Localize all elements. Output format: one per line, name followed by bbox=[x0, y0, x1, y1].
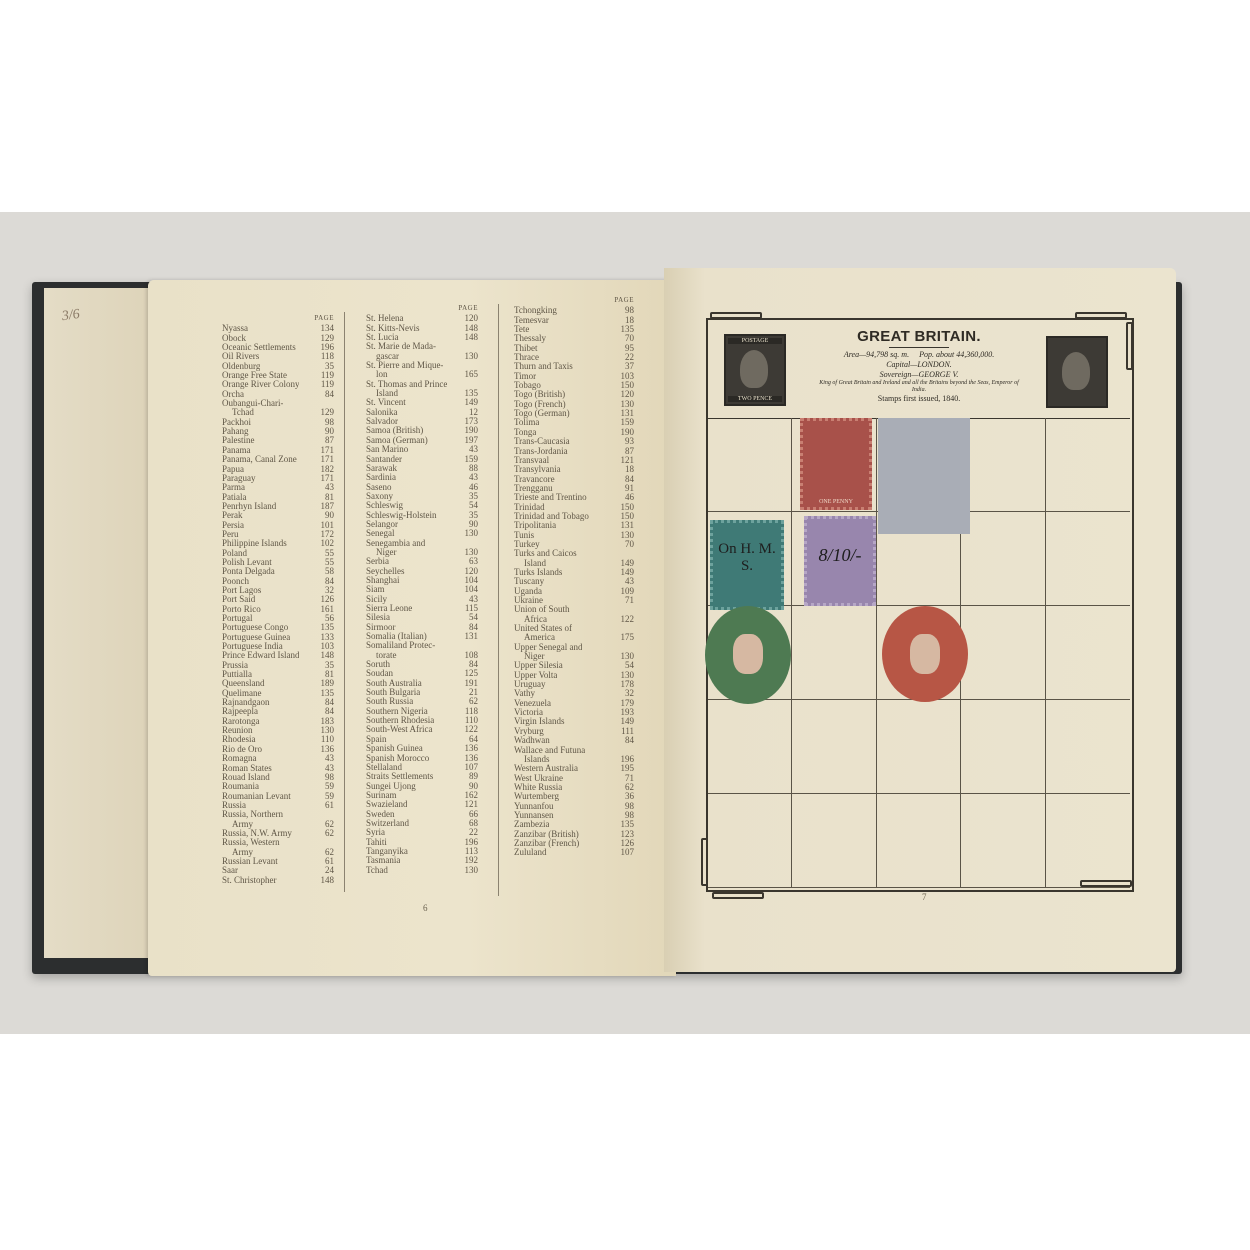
entry-country: Russia bbox=[222, 801, 246, 810]
entry-country: Saxony bbox=[366, 492, 393, 501]
index-entry: Zanzibar (British)123 bbox=[514, 830, 634, 839]
index-entry: Tripolitania131 bbox=[514, 521, 634, 530]
entry-country: Patiala bbox=[222, 493, 247, 502]
endpaper: 3/6 bbox=[44, 288, 164, 958]
entry-country: Zanzibar (British) bbox=[514, 830, 579, 839]
entry-country: Polish Levant bbox=[222, 558, 272, 567]
entry-country: Queensland bbox=[222, 679, 265, 688]
entry-country: Shanghai bbox=[366, 576, 400, 585]
ornament bbox=[710, 312, 762, 319]
index-entry: Upper Volta130 bbox=[514, 671, 634, 680]
stamp-slot bbox=[792, 700, 876, 794]
entry-country: Rio de Oro bbox=[222, 745, 262, 754]
index-entry: Portuguese India103 bbox=[222, 642, 334, 651]
index-entry: Nyassa134 bbox=[222, 324, 334, 333]
index-entry: Tchad129 bbox=[222, 408, 334, 417]
index-entry: Army62 bbox=[222, 820, 334, 829]
entry-country: Orange River Colony bbox=[222, 380, 299, 389]
index-entry: Orange Free State119 bbox=[222, 371, 334, 380]
entry-country: Southern Rhodesia bbox=[366, 716, 434, 725]
entry-country: Packhoi bbox=[222, 418, 251, 427]
entry-country: South-West Africa bbox=[366, 725, 433, 734]
entry-country: Reunion bbox=[222, 726, 253, 735]
entry-country: Orcha bbox=[222, 390, 244, 399]
header-stamp-two-pence: POSTAGE TWO PENCE bbox=[724, 334, 786, 406]
stamp-ohms-overprint: On H. M. S. bbox=[710, 520, 784, 610]
index-entry: Thurn and Taxis37 bbox=[514, 362, 634, 371]
entry-country: gascar bbox=[366, 352, 399, 361]
entry-page: 61 bbox=[318, 801, 334, 810]
index-entry: Straits Settlements89 bbox=[366, 772, 478, 781]
index-entry: St. Lucia148 bbox=[366, 333, 478, 342]
index-entry: Trans-Jordania87 bbox=[514, 447, 634, 456]
entry-country: Tripolitania bbox=[514, 521, 556, 530]
index-entry: St. Marie de Mada- bbox=[366, 342, 478, 351]
index-entry: Ukraine71 bbox=[514, 596, 634, 605]
index-entry: Zululand107 bbox=[514, 848, 634, 857]
entry-country: Persia bbox=[222, 521, 244, 530]
index-entry: Philippine Islands102 bbox=[222, 539, 334, 548]
entry-page: 70 bbox=[618, 540, 634, 549]
entry-country: Trengganu bbox=[514, 484, 553, 493]
entry-country: Stellaland bbox=[366, 763, 402, 772]
entry-country: Union of South bbox=[514, 605, 570, 614]
index-entry: Thessaly70 bbox=[514, 334, 634, 343]
index-entry: Western Australia195 bbox=[514, 764, 634, 773]
index-entry: Port Lagos32 bbox=[222, 586, 334, 595]
entry-country: Oil Rivers bbox=[222, 352, 259, 361]
entry-country: Schleswig bbox=[366, 501, 403, 510]
index-entry: Shanghai104 bbox=[366, 576, 478, 585]
index-entry: San Marino43 bbox=[366, 445, 478, 454]
entry-country: Roumanian Levant bbox=[222, 792, 291, 801]
entry-country: Transylvania bbox=[514, 465, 561, 474]
entry-country: Rarotonga bbox=[222, 717, 260, 726]
entry-country: Rajpeepla bbox=[222, 707, 258, 716]
stamp-slot bbox=[877, 794, 961, 888]
entry-country: White Russia bbox=[514, 783, 562, 792]
index-entry: Thrace22 bbox=[514, 353, 634, 362]
index-entry: United States of bbox=[514, 624, 634, 633]
index-entry: Venezuela179 bbox=[514, 699, 634, 708]
index-entry: Poonch84 bbox=[222, 577, 334, 586]
entry-country: Army bbox=[222, 848, 253, 857]
index-entry: Roumanian Levant59 bbox=[222, 792, 334, 801]
entry-country: Russia, Western bbox=[222, 838, 280, 847]
index-entry: Obock129 bbox=[222, 334, 334, 343]
entry-country: Temesvar bbox=[514, 316, 549, 325]
index-entry: White Russia62 bbox=[514, 783, 634, 792]
entry-country: Rajnandgaon bbox=[222, 698, 270, 707]
entry-country: Sardinia bbox=[366, 473, 396, 482]
index-entry: Southern Rhodesia110 bbox=[366, 716, 478, 725]
entry-country: Russian Levant bbox=[222, 857, 278, 866]
index-entry: Rajpeepla84 bbox=[222, 707, 334, 716]
stamp-slot bbox=[1046, 418, 1130, 512]
index-entry: Zambezia135 bbox=[514, 820, 634, 829]
entry-country: St. Marie de Mada- bbox=[366, 342, 436, 351]
entry-country: Port Said bbox=[222, 595, 255, 604]
entry-country: Niger bbox=[366, 548, 397, 557]
entry-country: Seychelles bbox=[366, 567, 405, 576]
index-entry: Trieste and Trentino46 bbox=[514, 493, 634, 502]
index-entry: Quelimane135 bbox=[222, 689, 334, 698]
index-entry: Orange River Colony119 bbox=[222, 380, 334, 389]
capital-text: Capital—LONDON. bbox=[886, 360, 952, 369]
entry-country: Silesia bbox=[366, 613, 390, 622]
index-entry: Togo (British)120 bbox=[514, 390, 634, 399]
index-entry: Portuguese Congo135 bbox=[222, 623, 334, 632]
king-portrait-icon bbox=[733, 634, 763, 674]
index-entry: Sierra Leone115 bbox=[366, 604, 478, 613]
stamp-slot bbox=[877, 700, 961, 794]
index-entry: Selangor90 bbox=[366, 520, 478, 529]
entry-country: Penrhyn Island bbox=[222, 502, 276, 511]
entry-country: Venezuela bbox=[514, 699, 551, 708]
entry-country: Portugal bbox=[222, 614, 253, 623]
stamp-slot bbox=[961, 794, 1045, 888]
entry-country: Perak bbox=[222, 511, 243, 520]
index-entry: Trans-Caucasia93 bbox=[514, 437, 634, 446]
index-entry: Senegambia and bbox=[366, 539, 478, 548]
entry-country: Somaliland Protec- bbox=[366, 641, 435, 650]
entry-country: Sirmoor bbox=[366, 623, 396, 632]
entry-country: Ukraine bbox=[514, 596, 543, 605]
entry-country: Tchongking bbox=[514, 306, 557, 315]
entry-country: Vryburg bbox=[514, 727, 544, 736]
index-entry: Poland55 bbox=[222, 549, 334, 558]
index-entry: Sarawak88 bbox=[366, 464, 478, 473]
entry-country: Zanzibar (French) bbox=[514, 839, 579, 848]
entry-country: Romagna bbox=[222, 754, 257, 763]
column-divider bbox=[498, 304, 499, 896]
index-entry: West Ukraine71 bbox=[514, 774, 634, 783]
index-entry: Yunnanfou98 bbox=[514, 802, 634, 811]
index-entry: Army62 bbox=[222, 848, 334, 857]
index-entry: Zanzibar (French)126 bbox=[514, 839, 634, 848]
entry-country: Tobago bbox=[514, 381, 541, 390]
stamp-penny-red: ONE PENNY bbox=[800, 418, 872, 510]
entry-country: Trinidad and Tobago bbox=[514, 512, 589, 521]
index-entry: Islands196 bbox=[514, 755, 634, 764]
stamp-lilac-penny: 8/10/- bbox=[804, 516, 876, 606]
index-entry: Tchad130 bbox=[366, 866, 478, 875]
entry-country: Togo (British) bbox=[514, 390, 565, 399]
index-entry: Russia, Western bbox=[222, 838, 334, 847]
index-entry: Panama, Canal Zone171 bbox=[222, 455, 334, 464]
entry-country: United States of bbox=[514, 624, 572, 633]
column-header: PAGE bbox=[366, 304, 478, 313]
entry-country: Samoa (German) bbox=[366, 436, 428, 445]
entry-country: Uganda bbox=[514, 587, 542, 596]
entry-country: Serbia bbox=[366, 557, 389, 566]
index-entry: Trinidad150 bbox=[514, 503, 634, 512]
title-note: King of Great Britain and Ireland and al… bbox=[819, 380, 1019, 394]
index-entry: Tuscany43 bbox=[514, 577, 634, 586]
index-entry: Surinam162 bbox=[366, 791, 478, 800]
entry-country: Syria bbox=[366, 828, 385, 837]
index-entry: Roman States43 bbox=[222, 764, 334, 773]
index-entry: St. Helena120 bbox=[366, 314, 478, 323]
entry-country: Togo (French) bbox=[514, 400, 566, 409]
index-entry: Spanish Morocco136 bbox=[366, 754, 478, 763]
index-entry: Tolima159 bbox=[514, 418, 634, 427]
index-entry: Perak90 bbox=[222, 511, 334, 520]
entry-country: Transvaal bbox=[514, 456, 549, 465]
entry-page: 62 bbox=[318, 829, 334, 838]
entry-country: Straits Settlements bbox=[366, 772, 433, 781]
index-entry: Syria22 bbox=[366, 828, 478, 837]
index-entry: Virgin Islands149 bbox=[514, 717, 634, 726]
sovereign-text: Sovereign—GEORGE V. bbox=[880, 370, 959, 379]
stamp-slot bbox=[792, 606, 876, 700]
index-entry: St. Pierre and Mique- bbox=[366, 361, 478, 370]
index-entry: Senegal130 bbox=[366, 529, 478, 538]
entry-page: 130 bbox=[462, 866, 478, 875]
entry-country: Saseno bbox=[366, 483, 392, 492]
entry-page: 130 bbox=[462, 529, 478, 538]
index-entry: Prince Edward Island148 bbox=[222, 651, 334, 660]
entry-country: Senegambia and bbox=[366, 539, 425, 548]
price-note: 3/6 bbox=[61, 307, 81, 325]
index-entry: Samoa (British)190 bbox=[366, 426, 478, 435]
index-entry: Soruth84 bbox=[366, 660, 478, 669]
index-entry: Sardinia43 bbox=[366, 473, 478, 482]
ornament bbox=[712, 892, 764, 899]
entry-country: Yunnanfou bbox=[514, 802, 554, 811]
index-entry: Vryburg111 bbox=[514, 727, 634, 736]
entry-country: Poonch bbox=[222, 577, 249, 586]
index-entry: Swazieland121 bbox=[366, 800, 478, 809]
entry-country: Tchad bbox=[222, 408, 254, 417]
index-entry: torate108 bbox=[366, 651, 478, 660]
stamp-slot bbox=[1046, 700, 1130, 794]
entry-country: Prussia bbox=[222, 661, 248, 670]
entry-country: Upper Senegal and bbox=[514, 643, 582, 652]
entry-country: Roman States bbox=[222, 764, 272, 773]
index-entry: Saxony35 bbox=[366, 492, 478, 501]
stamp-slot bbox=[708, 418, 792, 512]
index-entry: Russia, Northern bbox=[222, 810, 334, 819]
index-entry: Tchongking98 bbox=[514, 306, 634, 315]
entry-country: Philippine Islands bbox=[222, 539, 287, 548]
entry-country: Tasmania bbox=[366, 856, 400, 865]
entry-country: Portuguese Guinea bbox=[222, 633, 290, 642]
stamp-slot bbox=[708, 794, 792, 888]
entry-country: Uruguay bbox=[514, 680, 546, 689]
entry-country: South Russia bbox=[366, 697, 413, 706]
entry-page: 84 bbox=[618, 736, 634, 745]
entry-country: Thibet bbox=[514, 344, 538, 353]
entry-country: Siam bbox=[366, 585, 385, 594]
index-entry: Thibet95 bbox=[514, 344, 634, 353]
stamp-halfpenny-cutout bbox=[705, 606, 791, 704]
entry-page: 148 bbox=[462, 333, 478, 342]
entry-country: St. Lucia bbox=[366, 333, 399, 342]
index-entry: Patiala81 bbox=[222, 493, 334, 502]
queen-portrait-icon bbox=[1062, 352, 1090, 390]
entry-country: St. Christopher bbox=[222, 876, 277, 885]
index-entry: Papua182 bbox=[222, 465, 334, 474]
entry-country: St. Vincent bbox=[366, 398, 406, 407]
index-entry: Prussia35 bbox=[222, 661, 334, 670]
entry-country: Wurtemberg bbox=[514, 792, 559, 801]
entry-country: Soruth bbox=[366, 660, 390, 669]
entry-country: Trinidad bbox=[514, 503, 545, 512]
index-entry: Upper Senegal and bbox=[514, 643, 634, 652]
entry-country: Parma bbox=[222, 483, 245, 492]
index-entry: Polish Levant55 bbox=[222, 558, 334, 567]
entry-country: Poland bbox=[222, 549, 247, 558]
entry-page: 165 bbox=[462, 370, 478, 379]
entry-country: Virgin Islands bbox=[514, 717, 565, 726]
index-entry: Sirmoor84 bbox=[366, 623, 478, 632]
index-column-3: PAGE Tchongking98Temesvar18Tete135Thessa… bbox=[514, 296, 634, 858]
entry-country: Thurn and Taxis bbox=[514, 362, 573, 371]
entry-country: Russia, N.W. Army bbox=[222, 829, 292, 838]
index-entry: Serbia63 bbox=[366, 557, 478, 566]
index-entry: Paraguay171 bbox=[222, 474, 334, 483]
index-entry: Somaliland Protec- bbox=[366, 641, 478, 650]
index-entry: Tasmania192 bbox=[366, 856, 478, 865]
index-entry: Trengganu91 bbox=[514, 484, 634, 493]
stamp-embossed-grey bbox=[878, 418, 970, 534]
index-entry: Turkey70 bbox=[514, 540, 634, 549]
index-entry: Victoria193 bbox=[514, 708, 634, 717]
index-entry: St. Christopher148 bbox=[222, 876, 334, 885]
index-entry: Timor103 bbox=[514, 372, 634, 381]
index-column-1: PAGE Nyassa134Obock129Oceanic Settlement… bbox=[222, 314, 334, 885]
king-portrait-icon bbox=[910, 634, 940, 674]
entry-country: Sungei Ujong bbox=[366, 782, 416, 791]
entry-country: Tunis bbox=[514, 531, 534, 540]
index-entry: Portuguese Guinea133 bbox=[222, 633, 334, 642]
page-number-right: 7 bbox=[922, 892, 927, 902]
entry-page: 107 bbox=[618, 848, 634, 857]
entry-country: Panama bbox=[222, 446, 251, 455]
entry-country: Upper Volta bbox=[514, 671, 557, 680]
stamp-slot bbox=[961, 418, 1045, 512]
entry-country: Sicily bbox=[366, 595, 387, 604]
column-header: PAGE bbox=[514, 296, 634, 305]
index-entry: Salonika12 bbox=[366, 408, 478, 417]
index-entry: Peru172 bbox=[222, 530, 334, 539]
index-entry: Orcha84 bbox=[222, 390, 334, 399]
entry-country: Tonga bbox=[514, 428, 536, 437]
index-entry: Salvador173 bbox=[366, 417, 478, 426]
entry-country: Wallace and Futuna bbox=[514, 746, 585, 755]
index-entry: Porto Rico161 bbox=[222, 605, 334, 614]
entry-country: Upper Silesia bbox=[514, 661, 563, 670]
entry-country: Timor bbox=[514, 372, 536, 381]
stamp-slot bbox=[1046, 794, 1130, 888]
entry-country: Island bbox=[514, 559, 546, 568]
entry-country: Turks Islands bbox=[514, 568, 562, 577]
index-entry: Togo (German)131 bbox=[514, 409, 634, 418]
queen-portrait-icon bbox=[740, 350, 768, 388]
index-entry: Temesvar18 bbox=[514, 316, 634, 325]
index-entry: Wadhwan84 bbox=[514, 736, 634, 745]
entry-page: 148 bbox=[318, 876, 334, 885]
entry-country: Sierra Leone bbox=[366, 604, 412, 613]
entry-country: Nyassa bbox=[222, 324, 248, 333]
entry-country: Schleswig-Holstein bbox=[366, 511, 437, 520]
index-entry: South Bulgaria21 bbox=[366, 688, 478, 697]
index-entry: Rarotonga183 bbox=[222, 717, 334, 726]
index-entry: Oubangui-Chari- bbox=[222, 399, 334, 408]
index-entry: Saseno46 bbox=[366, 483, 478, 492]
index-entry: Siam104 bbox=[366, 585, 478, 594]
entry-country: Somalia (Italian) bbox=[366, 632, 427, 641]
entry-country: Niger bbox=[514, 652, 545, 661]
index-entry: Sicily43 bbox=[366, 595, 478, 604]
entry-country: Southern Nigeria bbox=[366, 707, 428, 716]
entry-country: Tuscany bbox=[514, 577, 544, 586]
entry-page: 175 bbox=[618, 633, 634, 642]
index-entry: Reunion130 bbox=[222, 726, 334, 735]
entry-page: 71 bbox=[618, 596, 634, 605]
entry-country: South Australia bbox=[366, 679, 422, 688]
index-entry: Silesia54 bbox=[366, 613, 478, 622]
index-entry: Tonga190 bbox=[514, 428, 634, 437]
stamp-slot bbox=[1046, 606, 1130, 700]
entry-country: Panama, Canal Zone bbox=[222, 455, 297, 464]
index-entry: Uruguay178 bbox=[514, 680, 634, 689]
population-text: Pop. about 44,360,000. bbox=[919, 350, 994, 359]
index-entry: Wurtemberg36 bbox=[514, 792, 634, 801]
index-entry: South-West Africa122 bbox=[366, 725, 478, 734]
entry-country: Prince Edward Island bbox=[222, 651, 299, 660]
index-entry: lon165 bbox=[366, 370, 478, 379]
index-entry: Transvaal121 bbox=[514, 456, 634, 465]
index-entry: South Russia62 bbox=[366, 697, 478, 706]
index-entry: Packhoi98 bbox=[222, 418, 334, 427]
index-entry: Somalia (Italian)131 bbox=[366, 632, 478, 641]
entry-country: Soudan bbox=[366, 669, 393, 678]
entry-country: Portuguese Congo bbox=[222, 623, 288, 632]
entry-country: Spanish Guinea bbox=[366, 744, 423, 753]
entry-country: Peru bbox=[222, 530, 239, 539]
entry-country: Vathy bbox=[514, 689, 535, 698]
stamp-slot bbox=[1046, 512, 1130, 606]
entry-country: St. Kitts-Nevis bbox=[366, 324, 420, 333]
entry-page: 130 bbox=[462, 352, 478, 361]
ornament bbox=[701, 838, 708, 886]
entry-country: torate bbox=[366, 651, 397, 660]
entry-country: Zululand bbox=[514, 848, 547, 857]
stamp-slot bbox=[708, 700, 792, 794]
entry-country: St. Pierre and Mique- bbox=[366, 361, 443, 370]
index-entry: Transylvania18 bbox=[514, 465, 634, 474]
index-entry: Rouad Island98 bbox=[222, 773, 334, 782]
index-entry: Ponta Delgada58 bbox=[222, 567, 334, 576]
index-entry: Union of South bbox=[514, 605, 634, 614]
entry-country: Papua bbox=[222, 465, 244, 474]
index-entry: South Australia191 bbox=[366, 679, 478, 688]
index-entry: Rajnandgaon84 bbox=[222, 698, 334, 707]
entry-country: Travancore bbox=[514, 475, 555, 484]
index-entry: St. Vincent149 bbox=[366, 398, 478, 407]
entry-country: Tete bbox=[514, 325, 529, 334]
entry-country: Salvador bbox=[366, 417, 398, 426]
entry-country: Swazieland bbox=[366, 800, 407, 809]
index-entry: Travancore84 bbox=[514, 475, 634, 484]
index-entry: Upper Silesia54 bbox=[514, 661, 634, 670]
index-entry: St. Kitts-Nevis148 bbox=[366, 324, 478, 333]
entry-country: Turkey bbox=[514, 540, 540, 549]
index-entry: Schleswig-Holstein35 bbox=[366, 511, 478, 520]
entry-country: Oceanic Settlements bbox=[222, 343, 296, 352]
